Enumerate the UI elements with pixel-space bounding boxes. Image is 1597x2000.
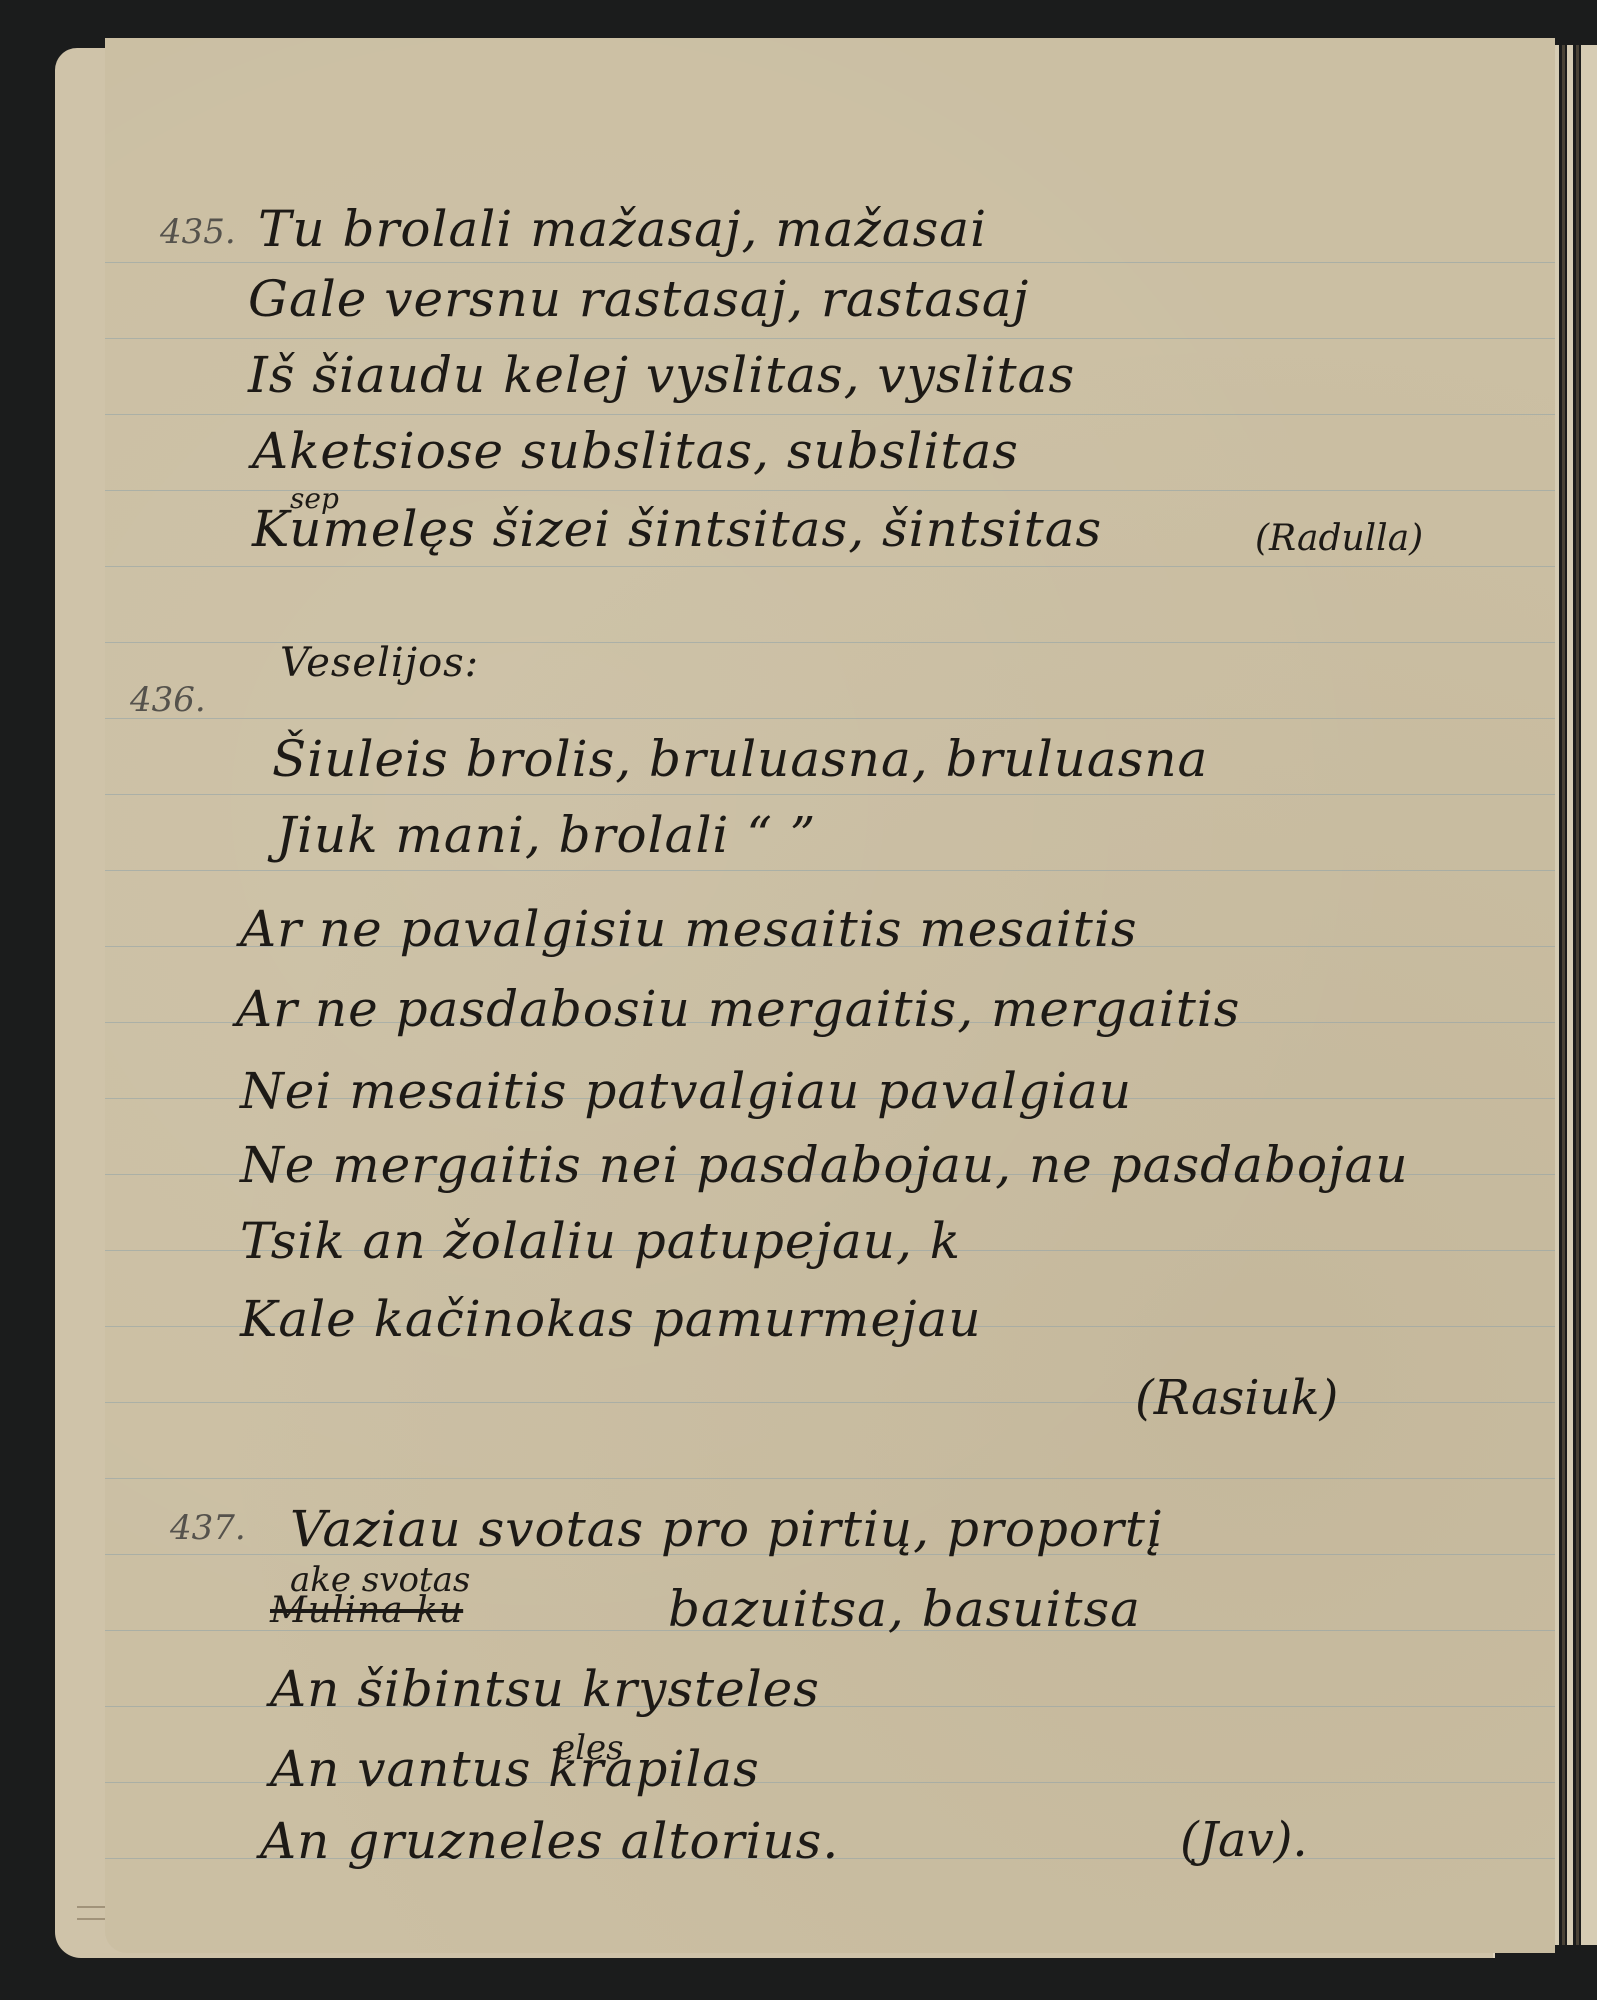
song-number: 435. (160, 212, 236, 252)
song-line: An gruzneles altorius. (260, 1812, 839, 1870)
song-line: An vantus krapilas (270, 1740, 760, 1798)
struck-text: Mulina ku (270, 1590, 463, 1631)
ruled-line (105, 414, 1555, 415)
ruled-line (105, 794, 1555, 795)
song-heading: Veselijos: (280, 640, 479, 686)
song-line: Šiuleis brolis, bruluasna, bruluasna (272, 730, 1208, 788)
inserted-superscript: sep (290, 482, 339, 515)
song-line: Kumelęs šizei šintsitas, šintsitas (252, 500, 1102, 558)
song-line: Iš šiaudu kelej vyslitas, vyslitas (248, 346, 1075, 404)
song-line: Tu brolali mažasaj, mažasai (258, 200, 987, 258)
song-number: 436. (130, 680, 206, 720)
source-attribution: (Rasiuk) (1135, 1370, 1338, 1426)
song-line: Ar ne pavalgisiu mesaitis mesaitis (240, 900, 1138, 958)
page-edge (1567, 45, 1573, 1945)
song-line: Nei mesaitis patvalgiau pavalgiau (240, 1062, 1132, 1120)
source-attribution: (Jav). (1180, 1812, 1308, 1868)
song-line: An šibintsu krysteles (270, 1660, 820, 1718)
binding-edge (1576, 45, 1579, 1945)
song-line: bazuitsa, basuitsa (668, 1580, 1141, 1638)
ruled-line (105, 262, 1555, 263)
song-line: Tsik an žolaliu patupejau, k (240, 1212, 961, 1270)
song-line: Ar ne pasdabosiu mergaitis, mergaitis (236, 980, 1240, 1038)
song-line: Jiuk mani, brolali “ ” (276, 806, 816, 864)
song-line: Kale kačinokas pamurmejau (240, 1290, 982, 1348)
ruled-line (105, 870, 1555, 871)
page-edge (1581, 45, 1597, 1945)
ruled-line (105, 566, 1555, 567)
song-number: 437. (170, 1508, 246, 1548)
song-line: Vaziau svotas pro pirtių, proportį (290, 1500, 1163, 1558)
ruled-line (105, 338, 1555, 339)
song-line: Aketsiose subslitas, subslitas (252, 422, 1019, 480)
source-attribution: (Radulla) (1255, 518, 1423, 559)
ruled-line (105, 1478, 1555, 1479)
song-line: Gale versnu rastasaj, rastasaj (248, 270, 1029, 328)
binding-edge (1562, 45, 1565, 1945)
ruled-line (105, 718, 1555, 719)
song-line: Ne mergaitis nei pasdabojau, ne pasdaboj… (240, 1136, 1409, 1194)
